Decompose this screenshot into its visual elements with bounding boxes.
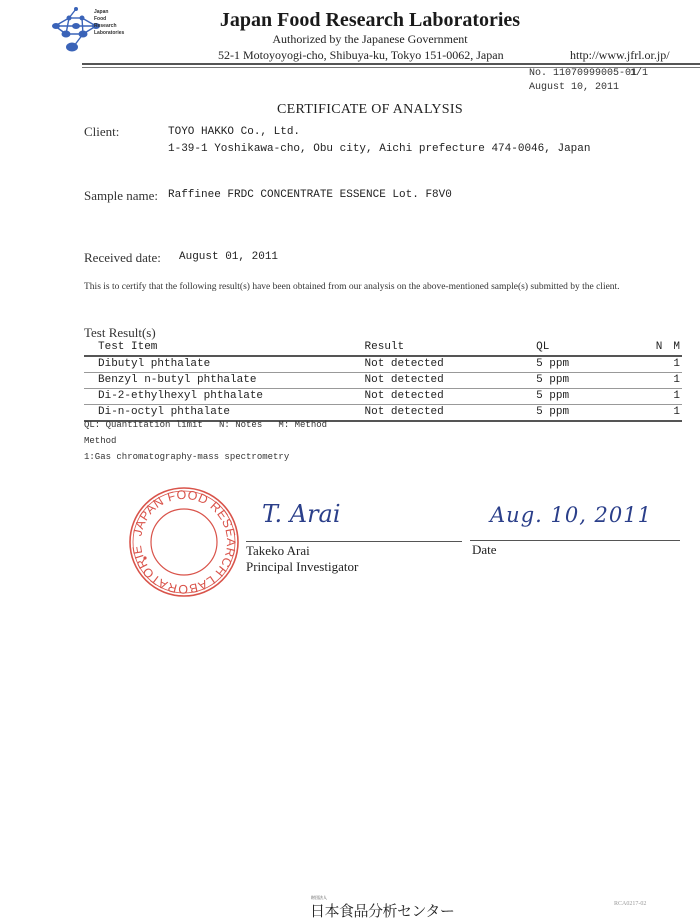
certification-statement: This is to certify that the following re… xyxy=(84,279,644,296)
notes-value xyxy=(643,373,663,389)
signatory-name: Takeko Arai xyxy=(246,543,310,559)
ql-value: 5 ppm xyxy=(536,389,643,405)
test-results-title: Test Result(s) xyxy=(84,325,156,341)
received-date: August 01, 2011 xyxy=(179,251,278,263)
table-row: Di-2-ethylhexyl phthalate Not detected 5… xyxy=(84,389,682,405)
notes-value xyxy=(643,389,663,405)
result-value: Not detected xyxy=(365,356,537,373)
table-row: Dibutyl phthalate Not detected 5 ppm 1 xyxy=(84,356,682,373)
organization-address: 52-1 Motoyoyogi-cho, Shibuya-ku, Tokyo 1… xyxy=(218,48,504,63)
signature-line xyxy=(246,541,462,542)
table-legend: QL: Quantitation limit N: Notes M: Metho… xyxy=(84,420,327,430)
organization-subtitle: Authorized by the Japanese Government xyxy=(0,32,700,47)
method-description: 1:Gas chromatography-mass spectrometry xyxy=(84,452,289,462)
certificate-title: CERTIFICATE OF ANALYSIS xyxy=(0,102,700,118)
sample-label: Sample name: xyxy=(84,188,158,204)
table-header-row: Test Item Result QL N M xyxy=(84,340,682,356)
column-header-ql: QL xyxy=(536,340,643,356)
method-value: 1 xyxy=(662,356,682,373)
test-item: Benzyl n-butyl phthalate xyxy=(84,373,365,389)
handwritten-signature: T. Arai xyxy=(262,500,341,528)
sample-name: Raffinee FRDC CONCENTRATE ESSENCE Lot. F… xyxy=(168,189,452,201)
signatory-title: Principal Investigator xyxy=(246,559,358,575)
result-value: Not detected xyxy=(365,389,537,405)
handwritten-date: Aug. 10, 2011 xyxy=(490,503,652,527)
header-rule xyxy=(82,63,700,65)
received-date-label: Received date: xyxy=(84,250,161,266)
client-label: Client: xyxy=(84,124,119,140)
column-header-m: M xyxy=(662,340,682,356)
footer-org-name-jp: 日本食品分析センター xyxy=(310,900,454,920)
client-address: 1-39-1 Yoshikawa-cho, Obu city, Aichi pr… xyxy=(168,143,590,155)
method-header: Method xyxy=(84,436,116,446)
page-count: 1/1 xyxy=(630,68,648,79)
test-item: Di-n-octyl phthalate xyxy=(84,405,365,422)
table-row: Benzyl n-butyl phthalate Not detected 5 … xyxy=(84,373,682,389)
organization-name: Japan Food Research Laboratories xyxy=(0,9,700,32)
official-seal-icon: JAPAN FOOD RESEARCH LABORATORIES xyxy=(128,486,240,598)
client-name: TOYO HAKKO Co., Ltd. xyxy=(168,126,300,138)
result-value: Not detected xyxy=(365,405,537,422)
ql-value: 5 ppm xyxy=(536,373,643,389)
ql-value: 5 ppm xyxy=(536,405,643,422)
table-row: Di-n-octyl phthalate Not detected 5 ppm … xyxy=(84,405,682,422)
results-table: Test Item Result QL N M Dibutyl phthalat… xyxy=(84,340,682,422)
document-number: No. 11070999005-01 xyxy=(529,68,637,79)
method-value: 1 xyxy=(662,373,682,389)
column-header-test-item: Test Item xyxy=(84,340,365,356)
method-value: 1 xyxy=(662,405,682,422)
document-date: August 10, 2011 xyxy=(529,82,619,93)
test-item: Di-2-ethylhexyl phthalate xyxy=(84,389,365,405)
result-value: Not detected xyxy=(365,373,537,389)
test-item: Dibutyl phthalate xyxy=(84,356,365,373)
organization-url[interactable]: http://www.jfrl.or.jp/ xyxy=(570,48,670,63)
column-header-result: Result xyxy=(365,340,537,356)
column-header-n: N xyxy=(643,340,663,356)
date-line xyxy=(470,540,680,541)
method-value: 1 xyxy=(662,389,682,405)
notes-value xyxy=(643,356,663,373)
date-label: Date xyxy=(472,542,497,558)
ql-value: 5 ppm xyxy=(536,356,643,373)
notes-value xyxy=(643,405,663,422)
form-code: RCA0217-02 xyxy=(614,901,646,907)
